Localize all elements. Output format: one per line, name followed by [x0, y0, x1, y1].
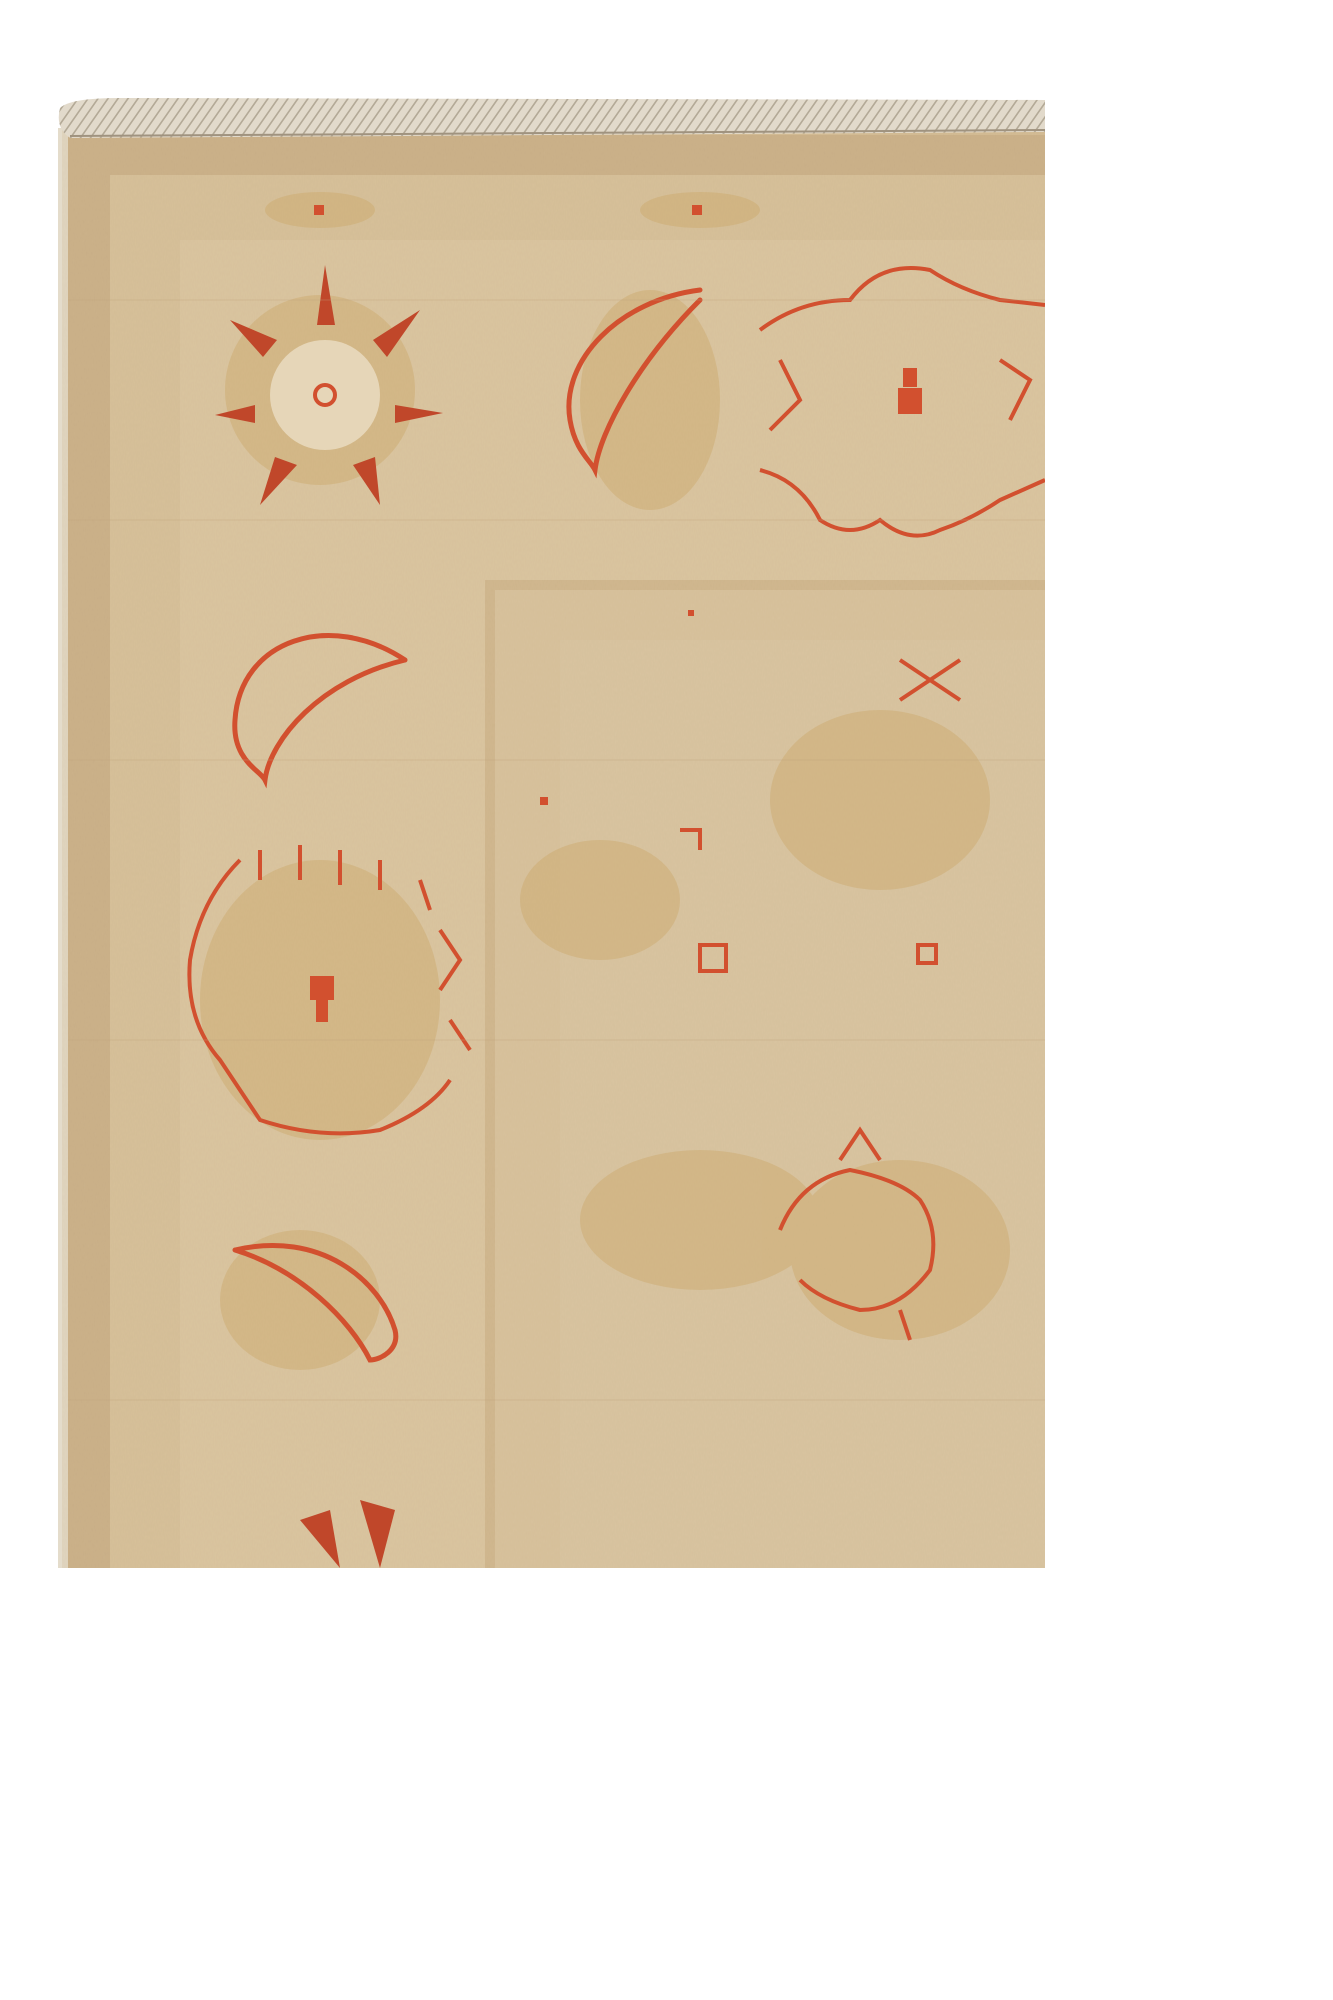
- rug-photo: [0, 0, 1045, 1568]
- fringe: [59, 98, 1045, 138]
- rug-illustration: [0, 0, 1045, 1568]
